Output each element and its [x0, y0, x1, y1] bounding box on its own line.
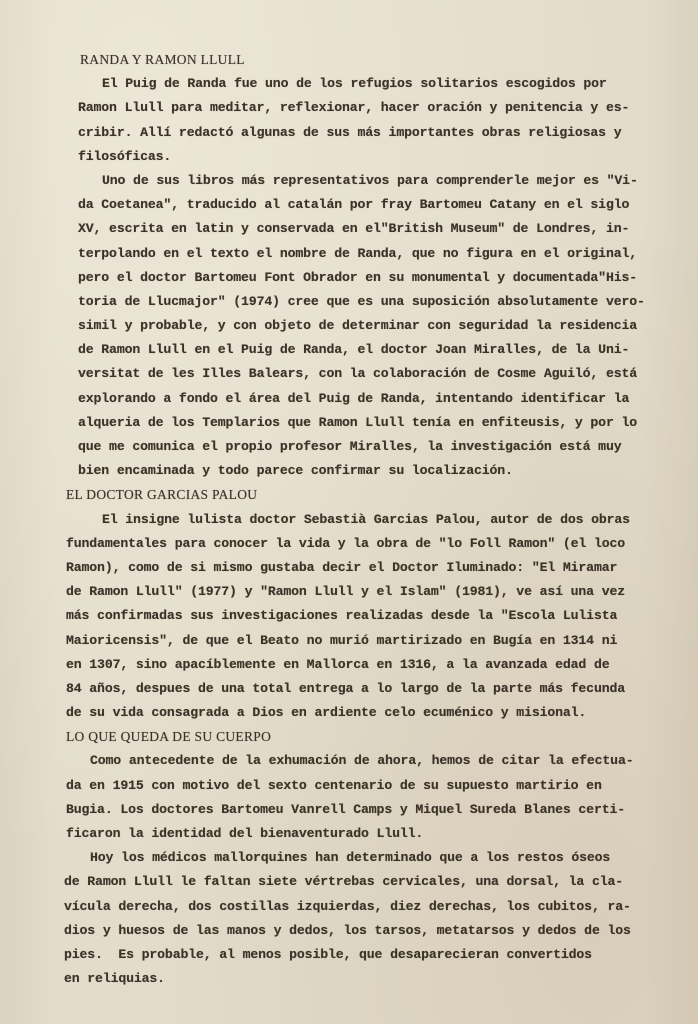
text-line: dios y huesos de las manos y dedos, los …: [64, 919, 690, 943]
text-line: vícula derecha, dos costillas izquierdas…: [64, 895, 690, 919]
text-line: en reliquias.: [64, 967, 690, 991]
text-line: que me comunica el propio profesor Miral…: [78, 435, 690, 459]
text-line: fundamentales para conocer la vida y la …: [66, 532, 690, 556]
text-line: de su vida consagrada a Dios en ardiente…: [66, 701, 690, 725]
section-lo-que-queda: LO QUE QUEDA DE SU CUERPO Como anteceden…: [78, 725, 690, 991]
text-line: Uno de sus libros más representativos pa…: [78, 169, 690, 193]
text-line: terpolando en el texto el nombre de Rand…: [78, 242, 690, 266]
text-line: Bugia. Los doctores Bartomeu Vanrell Cam…: [66, 798, 690, 822]
text-line: toria de Llucmajor" (1974) cree que es u…: [78, 290, 690, 314]
text-line: explorando a fondo el área del Puig de R…: [78, 387, 690, 411]
text-line: ficaron la identidad del bienaventurado …: [66, 822, 690, 846]
text-line: Ramon), como de si mismo gustaba decir e…: [66, 556, 690, 580]
text-line: XV, escrita en latin y conservada en el"…: [78, 217, 690, 241]
text-line: de Ramon Llull le faltan siete vértrebas…: [64, 870, 690, 894]
text-line: pies. Es probable, al menos posible, que…: [64, 943, 690, 967]
paragraph: Como antecedente de la exhumación de aho…: [78, 749, 690, 846]
text-line: Como antecedente de la exhumación de aho…: [66, 749, 690, 773]
text-line: El insigne lulista doctor Sebastià Garci…: [78, 508, 690, 532]
text-line: pero el doctor Bartomeu Font Obrador en …: [78, 266, 690, 290]
text-line: filosóficas.: [78, 145, 690, 169]
paragraph: Uno de sus libros más representativos pa…: [78, 169, 690, 483]
text-line: versitat de les Illes Balears, con la co…: [78, 362, 690, 386]
text-line: Hoy los médicos mallorquines han determi…: [66, 846, 690, 870]
text-line: de Ramon Llull en el Puig de Randa, el d…: [78, 338, 690, 362]
text-line: alqueria de los Templarios que Ramon Llu…: [78, 411, 690, 435]
text-line: más confirmadas sus investigaciones real…: [66, 604, 690, 628]
section-randa: RANDA Y RAMON LLULL El Puig de Randa fue…: [78, 48, 690, 483]
text-line: cribir. Allí redactó algunas de sus más …: [78, 121, 690, 145]
text-line: da en 1915 con motivo del sexto centenar…: [66, 774, 690, 798]
section-heading: EL DOCTOR GARCIAS PALOU: [66, 483, 690, 507]
text-line: Maioricensis", de que el Beato no murió …: [66, 629, 690, 653]
paragraph: El Puig de Randa fue uno de los refugios…: [78, 72, 690, 169]
text-line: da Coetanea", traducido al catalán por f…: [78, 193, 690, 217]
text-line: El Puig de Randa fue uno de los refugios…: [78, 72, 690, 96]
text-line: 84 años, despues de una total entrega a …: [66, 677, 690, 701]
text-line: bien encaminada y todo parece confirmar …: [78, 459, 690, 483]
paragraph: Hoy los médicos mallorquines han determi…: [78, 846, 690, 991]
paragraph: El insigne lulista doctor Sebastià Garci…: [78, 508, 690, 726]
text-line: de Ramon Llull" (1977) y "Ramon Llull y …: [66, 580, 690, 604]
section-garcias-palou: EL DOCTOR GARCIAS PALOU El insigne lulis…: [78, 483, 690, 725]
text-line: simil y probable, y con objeto de determ…: [78, 314, 690, 338]
text-line: en 1307, sino apacíblemente en Mallorca …: [66, 653, 690, 677]
typewritten-document: RANDA Y RAMON LLULL El Puig de Randa fue…: [78, 48, 690, 991]
section-heading: RANDA Y RAMON LLULL: [80, 48, 690, 72]
text-line: Ramon Llull para meditar, reflexionar, h…: [78, 96, 690, 120]
section-heading: LO QUE QUEDA DE SU CUERPO: [66, 725, 690, 749]
scanned-page: RANDA Y RAMON LLULL El Puig de Randa fue…: [0, 0, 698, 1024]
